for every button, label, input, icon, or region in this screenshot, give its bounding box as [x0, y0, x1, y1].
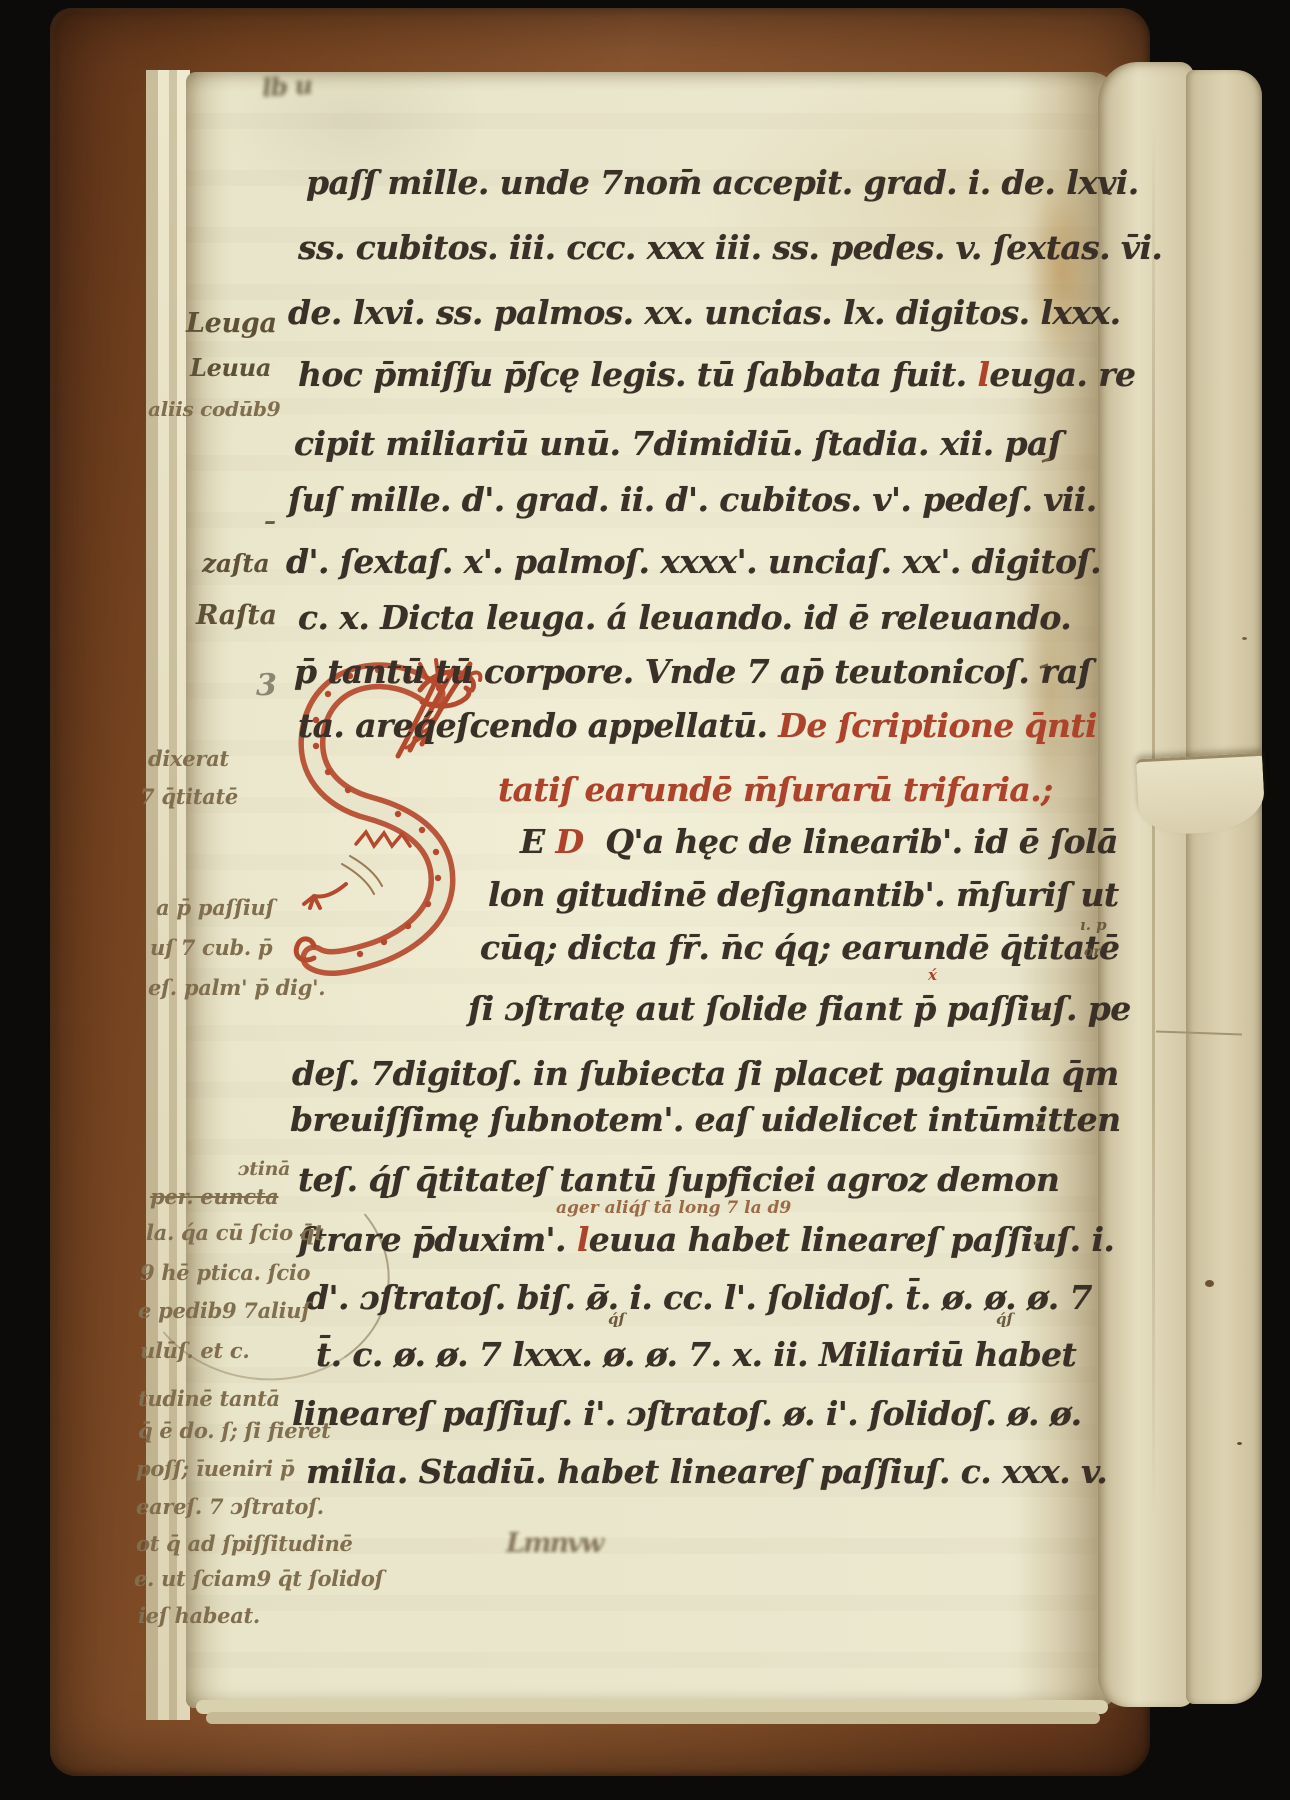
- dragon-initial-s-illustration: [272, 646, 487, 981]
- dragon-eye: [436, 684, 444, 692]
- parchment-stain: [1028, 176, 1094, 366]
- parchment-stain: [1022, 550, 1076, 830]
- dragon-belly-hatch: [342, 856, 382, 894]
- foxing-specks: [1205, 1280, 1214, 1287]
- bottom-page-edge: [206, 1712, 1100, 1724]
- manuscript-photo: paſſ mille. unde 7nom̄ accepit. grad. i.…: [0, 0, 1290, 1800]
- fore-edge-leaf: [1098, 62, 1194, 1707]
- fore-edge-leaf: [1186, 70, 1262, 1704]
- dragon-fold-zigzag: [356, 832, 410, 846]
- dragon-claw: [304, 884, 346, 908]
